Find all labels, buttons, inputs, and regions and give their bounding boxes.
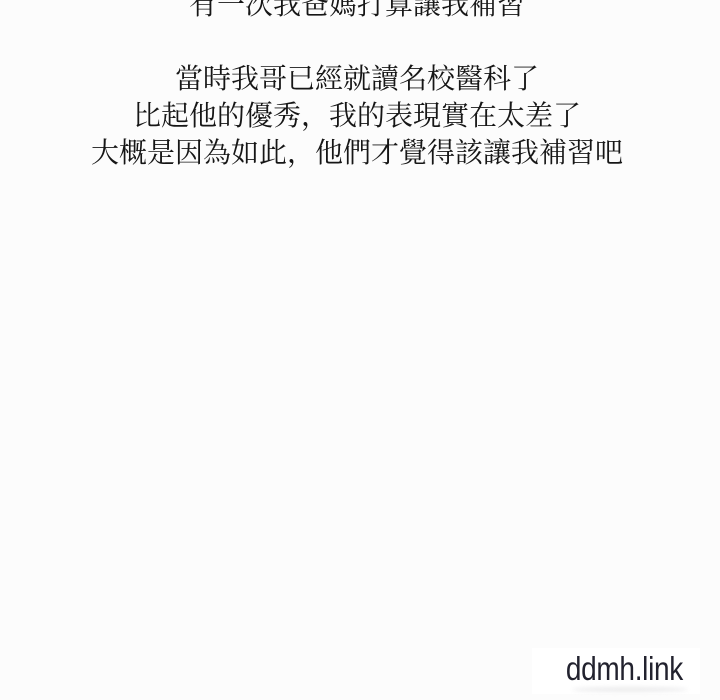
narration-line-4: 大概是因為如此，他們才覺得該讓我補習吧 xyxy=(0,134,714,171)
narration-line-2: 當時我哥已經就讀名校醫科了 xyxy=(0,60,714,97)
narration-line-3: 比起他的優秀，我的表現實在太差了 xyxy=(0,97,714,134)
narration-text-block: 有一次我爸媽打算讓我補習 當時我哥已經就讀名校醫科了 比起他的優秀，我的表現實在… xyxy=(0,0,714,171)
comic-page: 有一次我爸媽打算讓我補習 當時我哥已經就讀名校醫科了 比起他的優秀，我的表現實在… xyxy=(0,0,720,700)
narration-line-blank xyxy=(0,23,714,60)
watermark-shadow-smudge xyxy=(572,687,688,692)
narration-line-1: 有一次我爸媽打算讓我補習 xyxy=(0,0,714,23)
